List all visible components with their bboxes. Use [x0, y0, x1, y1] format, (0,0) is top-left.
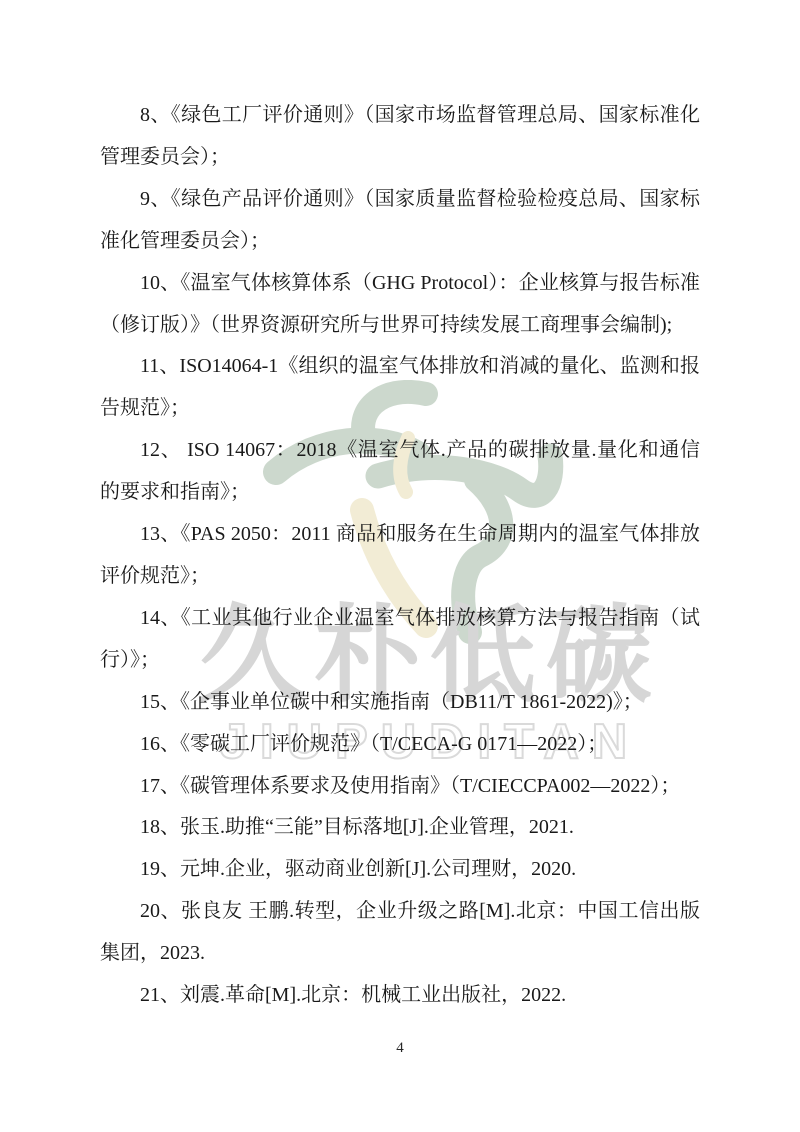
references-list: 8、《绿色工厂评价通则》（国家市场监督管理总局、国家标准化管理委员会）； 9、《… — [100, 95, 700, 1017]
reference-item: 20、张良友 王鹏.转型，企业升级之路[M].北京：中国工信出版集团，2023. — [100, 891, 700, 975]
reference-item: 8、《绿色工厂评价通则》（国家市场监督管理总局、国家标准化管理委员会）； — [100, 95, 700, 179]
reference-item: 11、ISO14064-1《组织的温室气体排放和消减的量化、监测和报告规范》； — [100, 346, 700, 430]
reference-item: 18、张玉.助推“三能”目标落地[J].企业管理，2021. — [100, 807, 700, 849]
reference-item: 14、《工业其他行业企业温室气体排放核算方法与报告指南（试行）》； — [100, 598, 700, 682]
reference-item: 19、元坤.企业，驱动商业创新[J].公司理财，2020. — [100, 849, 700, 891]
reference-item: 17、《碳管理体系要求及使用指南》（T/CIECCPA002—2022）； — [100, 766, 700, 808]
reference-item: 13、《PAS 2050：2011 商品和服务在生命周期内的温室气体排放评价规范… — [100, 514, 700, 598]
document-page: 久朴低碳 JIUPUDITAN 8、《绿色工厂评价通则》（国家市场监督管理总局、… — [0, 0, 800, 1132]
reference-item: 21、刘震.革命[M].北京：机械工业出版社，2022. — [100, 975, 700, 1017]
reference-item: 9、《绿色产品评价通则》（国家质量监督检验检疫总局、国家标准化管理委员会）； — [100, 179, 700, 263]
reference-item: 16、《零碳工厂评价规范》（T/CECA-G 0171—2022）； — [100, 724, 700, 766]
reference-item: 12、 ISO 14067：2018《温室气体.产品的碳排放量.量化和通信的要求… — [100, 430, 700, 514]
reference-item: 15、《企事业单位碳中和实施指南（DB11/T 1861-2022)》； — [100, 682, 700, 724]
page-number: 4 — [0, 1040, 800, 1057]
reference-item: 10、《温室气体核算体系（GHG Protocol）：企业核算与报告标准（修订版… — [100, 263, 700, 347]
